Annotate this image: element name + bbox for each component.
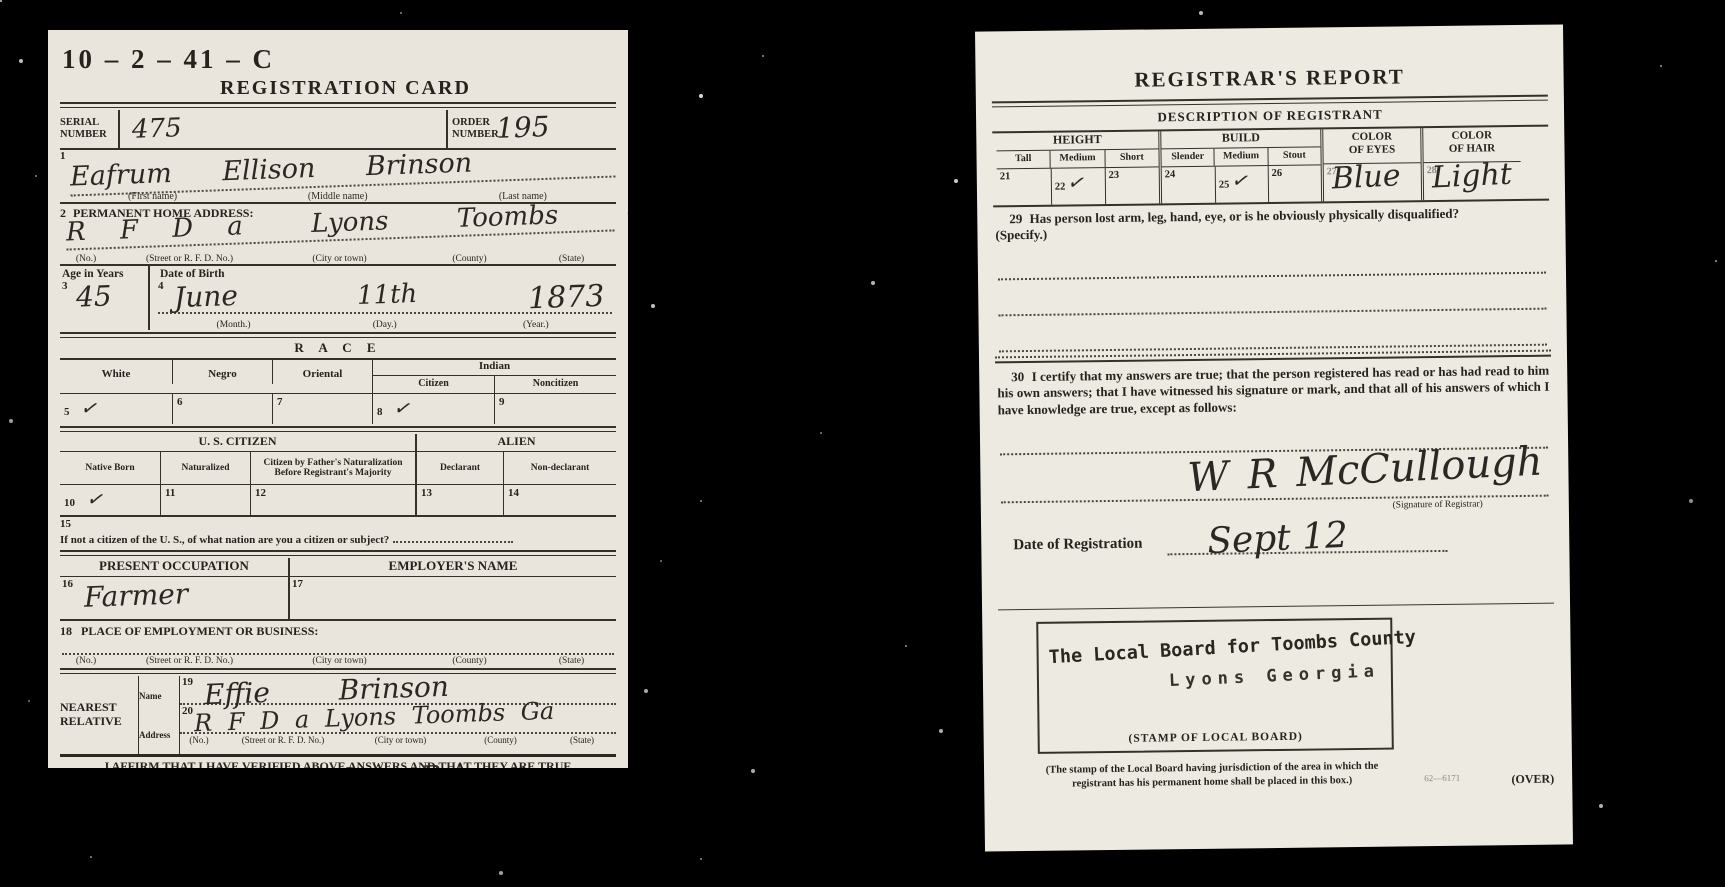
cell-native-born: 10 ✓: [60, 485, 160, 515]
relative-field-labels: (No.) (Street or R. F. D. No.) (City or …: [180, 735, 616, 745]
registrars-report-title: REGISTRAR'S REPORT: [991, 63, 1547, 100]
hair-column: COLOR OF HAIR 28 Light: [1420, 127, 1521, 200]
answer-blank-line: [998, 309, 1546, 352]
serial-number-label: SERIAL NUMBER: [60, 110, 120, 148]
employer-header: EMPLOYER'S NAME: [290, 558, 616, 576]
registrar-signature-area: W R McCullough (Signature of Registrar): [996, 453, 1553, 524]
occupation-header-row: PRESENT OCCUPATION EMPLOYER'S NAME: [60, 558, 616, 576]
registrar-signature-label: (Signature of Registrar): [1393, 500, 1483, 511]
cell-non-declarant: 14: [503, 485, 616, 515]
address-field-labels: (No.) (Street or R. F. D. No.) (City or …: [60, 254, 616, 264]
registrant-name-handwriting: Eafrum Ellison Brinson: [70, 143, 616, 197]
race-cell-negro: 6: [172, 394, 272, 424]
cell-stout: 26: [1268, 165, 1321, 202]
us-citizen-header: U. S. CITIZEN: [60, 434, 417, 451]
age-header: Age in Years: [60, 266, 148, 280]
divider: [60, 550, 616, 556]
question-18-label: 18 PLACE OF EMPLOYMENT OR BUSINESS:: [60, 621, 616, 641]
dob-header: Date of Birth: [158, 266, 616, 280]
registration-card-front: 10 – 2 – 41 – C REGISTRATION CARD SERIAL…: [48, 30, 628, 768]
race-table-header: White Negro Oriental Indian Citizen Nonc…: [60, 358, 616, 393]
race-section-title: R A C E: [60, 340, 616, 358]
dob-year-handwriting: 1873: [527, 279, 604, 314]
registration-date-handwriting: Sept 12: [1206, 515, 1349, 563]
age-field: Age in Years 3 45: [60, 266, 150, 330]
divider: [60, 102, 616, 108]
eyes-column: COLOR OF EYES 27 Blue: [1320, 128, 1421, 201]
cell-short: 23: [1105, 167, 1159, 204]
description-table: HEIGHT Tall Medium Short 21 22✓ 23 BUILD…: [996, 127, 1545, 206]
alien-header: ALIEN: [417, 434, 616, 451]
question-30-certification: 30 I certify that my answers are true; t…: [997, 362, 1550, 419]
scan-dust-specks: [0, 0, 2, 2]
race-table-answers: 5 ✓ 6 7 8 ✓ 9: [60, 393, 616, 424]
question-15: 15 If not a citizen of the U. S., of wha…: [60, 515, 616, 548]
answer-blank-line: [393, 531, 513, 543]
relative-fields: 19 Effie Brinson 20 R F D a Lyons Toombs…: [180, 676, 616, 754]
citizenship-subheader-row: Native Born Naturalized Citizen by Fathe…: [60, 451, 616, 484]
date-line: Sept 12: [1167, 550, 1447, 555]
height-group: HEIGHT Tall Medium Short 21 22✓ 23: [996, 131, 1159, 205]
indian-citizen-checkmark: ✓: [392, 395, 416, 421]
age-dob-row: Age in Years 3 45 Date of Birth 4 June 1…: [60, 266, 616, 330]
occupation-handwriting: Farmer: [83, 577, 188, 614]
dob-field: Date of Birth 4 June 11th 1873 (Month.) …: [150, 266, 616, 330]
employment-blank-line: [62, 641, 614, 655]
serial-order-row: SERIAL NUMBER 475 ORDER NUMBER 195: [60, 110, 616, 148]
employer-cell: 17: [290, 577, 616, 619]
date-of-registration-row: Date of Registration Sept 12: [997, 517, 1553, 568]
cell-citizen-by-father: 12: [250, 485, 415, 515]
dob-day-handwriting: 11th: [357, 279, 418, 313]
height-medium-checkmark: ✓: [1066, 169, 1090, 195]
race-cell-white: 5 ✓: [60, 394, 172, 424]
date-of-registration-label: Date of Registration: [1013, 536, 1142, 555]
name-field: 1 Eafrum Ellison Brinson (First name) (M…: [60, 150, 616, 202]
occupation-cell: 16 Farmer: [60, 577, 290, 619]
print-code: 62—6171: [1424, 773, 1460, 783]
nearest-relative-header: NEAREST RELATIVE: [60, 676, 139, 754]
local-board-stamp-line2: Lyons Georgia: [1169, 661, 1392, 691]
native-born-checkmark: ✓: [84, 486, 108, 512]
serial-number-value: 475: [120, 110, 446, 148]
home-address-field: 2 PERMANENT HOME ADDRESS: R F D a Lyons …: [60, 204, 616, 264]
age-handwriting: 45: [75, 279, 112, 313]
question-3-number: 3: [62, 280, 68, 292]
cell-slender: 24: [1162, 167, 1215, 204]
occupation-answer-row: 16 Farmer 17: [60, 576, 616, 619]
citizenship-header-row: U. S. CITIZEN ALIEN: [60, 434, 616, 451]
question-1-number: 1: [60, 150, 66, 162]
race-table: White Negro Oriental Indian Citizen Nonc…: [60, 358, 616, 424]
cell-naturalized: 11: [160, 485, 250, 515]
registration-card-header: 10 – 2 – 41 – C REGISTRATION CARD: [60, 36, 616, 100]
cell-tall: 21: [997, 169, 1051, 206]
over-label: (OVER): [1511, 772, 1554, 788]
stamp-instructions-row: (The stamp of the Local Board having jur…: [1000, 758, 1557, 811]
order-number-value: 195: [495, 110, 550, 145]
spacer: [998, 561, 1554, 610]
registrars-report-back: REGISTRAR'S REPORT DESCRIPTION OF REGIST…: [975, 24, 1573, 851]
registration-card-title: REGISTRATION CARD: [220, 77, 471, 100]
race-indian-group: Indian Citizen Noncitizen: [372, 360, 616, 393]
race-cell-indian-noncitizen: 9: [494, 394, 616, 424]
build-medium-checkmark: ✓: [1230, 167, 1254, 193]
occupation-header: PRESENT OCCUPATION: [60, 558, 290, 576]
relative-address-line: 20 R F D a Lyons Toombs Ga: [180, 705, 616, 734]
build-group: BUILD Slender Medium Stout 24 25✓ 26: [1158, 129, 1321, 203]
citizenship-answer-row: 10 ✓ 11 12 13 14: [60, 484, 616, 515]
dob-field-labels: (Month.) (Day.) (Year.): [158, 320, 616, 330]
white-checkmark: ✓: [79, 395, 103, 421]
hair-color-handwriting: Light: [1431, 157, 1513, 196]
eye-color-handwriting: Blue: [1331, 158, 1401, 196]
race-cell-oriental: 7: [272, 394, 372, 424]
local-board-stamp-box: The Local Board for Toombs County Lyons …: [1036, 618, 1394, 754]
question-4-number: 4: [158, 280, 164, 312]
divider: [60, 426, 616, 432]
divider: [995, 349, 1551, 363]
dob-month-handwriting: June: [173, 279, 238, 313]
cell-declarant: 13: [415, 485, 503, 515]
stamp-instructions: (The stamp of the Local Board having jur…: [1026, 760, 1398, 792]
date-stamp-code: 10 – 2 – 41 – C: [62, 44, 275, 75]
relative-row-labels: Name Address: [139, 676, 180, 754]
cell-height-medium: 22✓: [1051, 168, 1105, 205]
divider: [60, 332, 616, 338]
employment-field-labels: (No.) (Street or R. F. D. No.) (City or …: [60, 656, 616, 666]
stamp-box-caption: (STAMP OF LOCAL BOARD): [1040, 730, 1392, 746]
cell-build-medium: 25✓: [1215, 166, 1268, 203]
nearest-relative-block: NEAREST RELATIVE Name Address 19 Effie B…: [60, 676, 616, 754]
race-cell-indian-citizen: 8 ✓: [372, 394, 494, 424]
